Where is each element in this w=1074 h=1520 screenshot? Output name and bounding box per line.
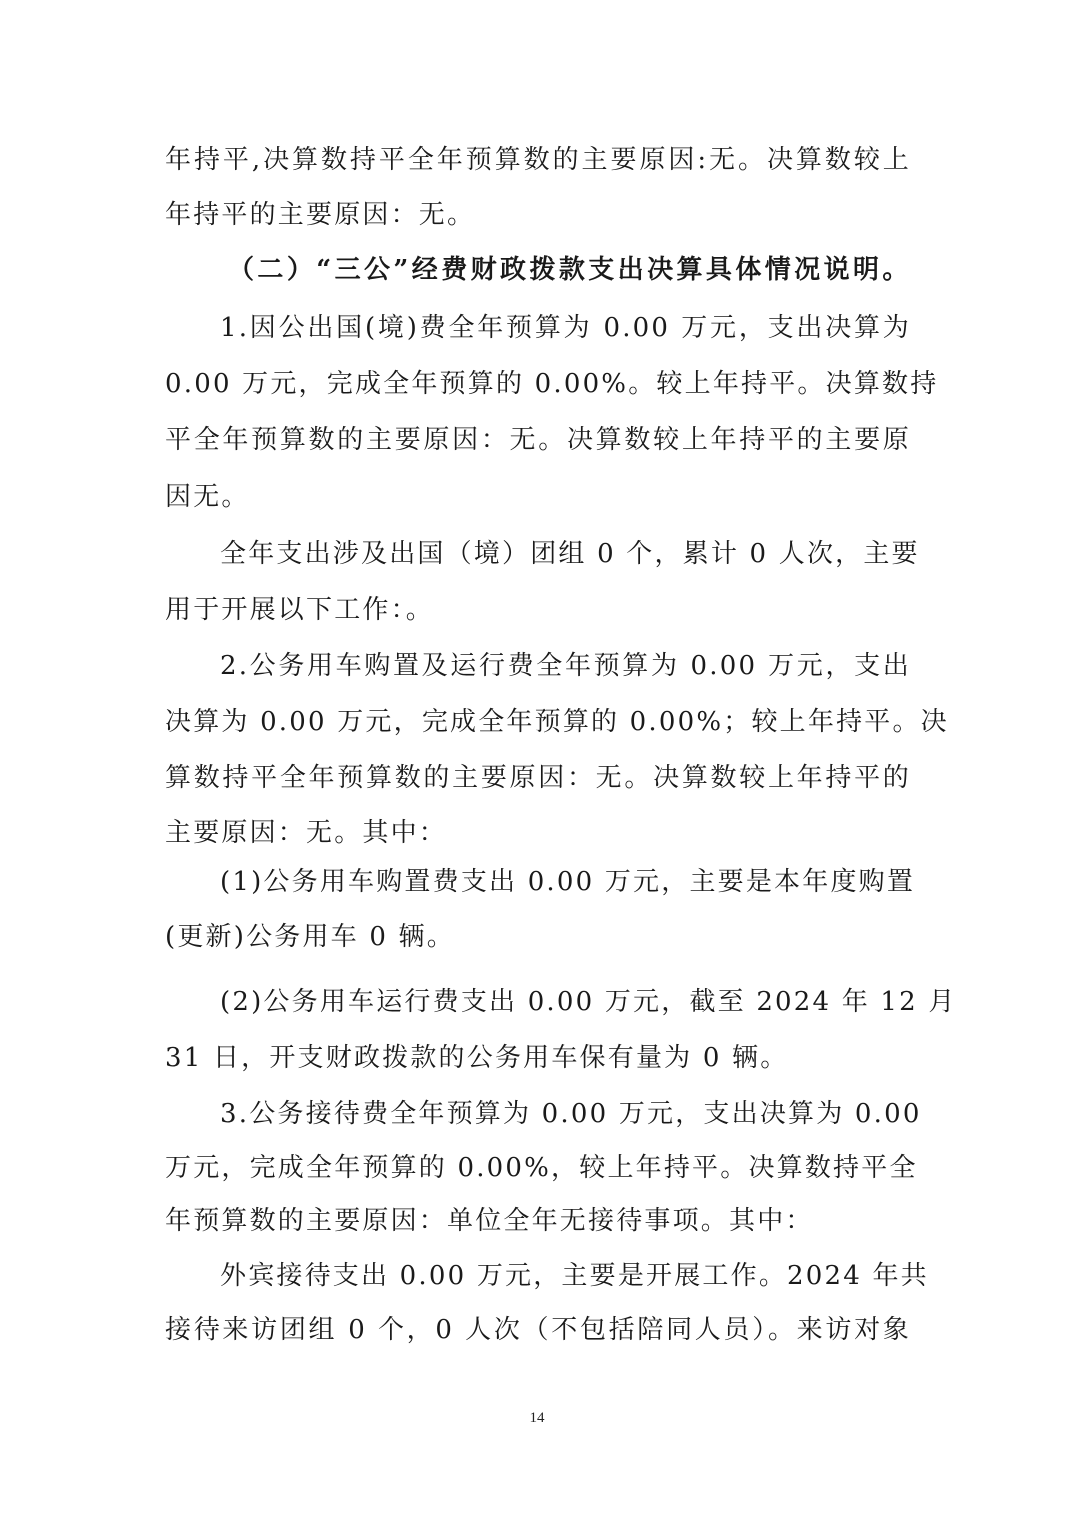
page-number: 14 (0, 1410, 1074, 1427)
text-line: 1.因公出国(境)费全年预算为 0.00 万元，支出决算为 (220, 311, 911, 345)
text-line: 万元，完成全年预算的 0.00%，较上年持平。决算数持平全 (165, 1151, 911, 1185)
section-heading: （二）“三公”经费财政拨款支出决算具体情况说明。 (228, 253, 911, 287)
text-line: 31 日，开支财政拨款的公务用车保有量为 0 辆。 (165, 1041, 911, 1075)
text-line: (2)公务用车运行费支出 0.00 万元，截至 2024 年 12 月 (220, 985, 911, 1019)
text-line: 年持平,决算数持平全年预算数的主要原因:无。决算数较上 (165, 143, 911, 177)
text-line: 平全年预算数的主要原因：无。决算数较上年持平的主要原 (165, 423, 911, 457)
text-line: 算数持平全年预算数的主要原因：无。决算数较上年持平的 (165, 761, 911, 795)
text-line: 外宾接待支出 0.00 万元，主要是开展工作。2024 年共 (220, 1259, 911, 1293)
text-line: 0.00 万元，完成全年预算的 0.00%。较上年持平。决算数持 (165, 367, 911, 401)
text-line: 年预算数的主要原因：单位全年无接待事项。其中： (165, 1204, 911, 1238)
text-line: 主要原因：无。其中： (165, 816, 911, 850)
text-line: 3.公务接待费全年预算为 0.00 万元，支出决算为 0.00 (220, 1097, 911, 1131)
text-line: 年持平的主要原因：无。 (165, 198, 911, 232)
text-line: (更新)公务用车 0 辆。 (165, 920, 911, 954)
text-line: 全年支出涉及出国（境）团组 0 个，累计 0 人次，主要 (220, 537, 911, 571)
text-line: (1)公务用车购置费支出 0.00 万元，主要是本年度购置 (220, 865, 911, 899)
text-line: 决算为 0.00 万元，完成全年预算的 0.00%；较上年持平。决 (165, 705, 911, 739)
text-line: 用于开展以下工作：。 (165, 593, 911, 627)
text-line: 接待来访团组 0 个，0 人次（不包括陪同人员）。来访对象 (165, 1313, 911, 1347)
text-line: 因无。 (165, 480, 911, 514)
text-line: 2.公务用车购置及运行费全年预算为 0.00 万元，支出 (220, 649, 911, 683)
